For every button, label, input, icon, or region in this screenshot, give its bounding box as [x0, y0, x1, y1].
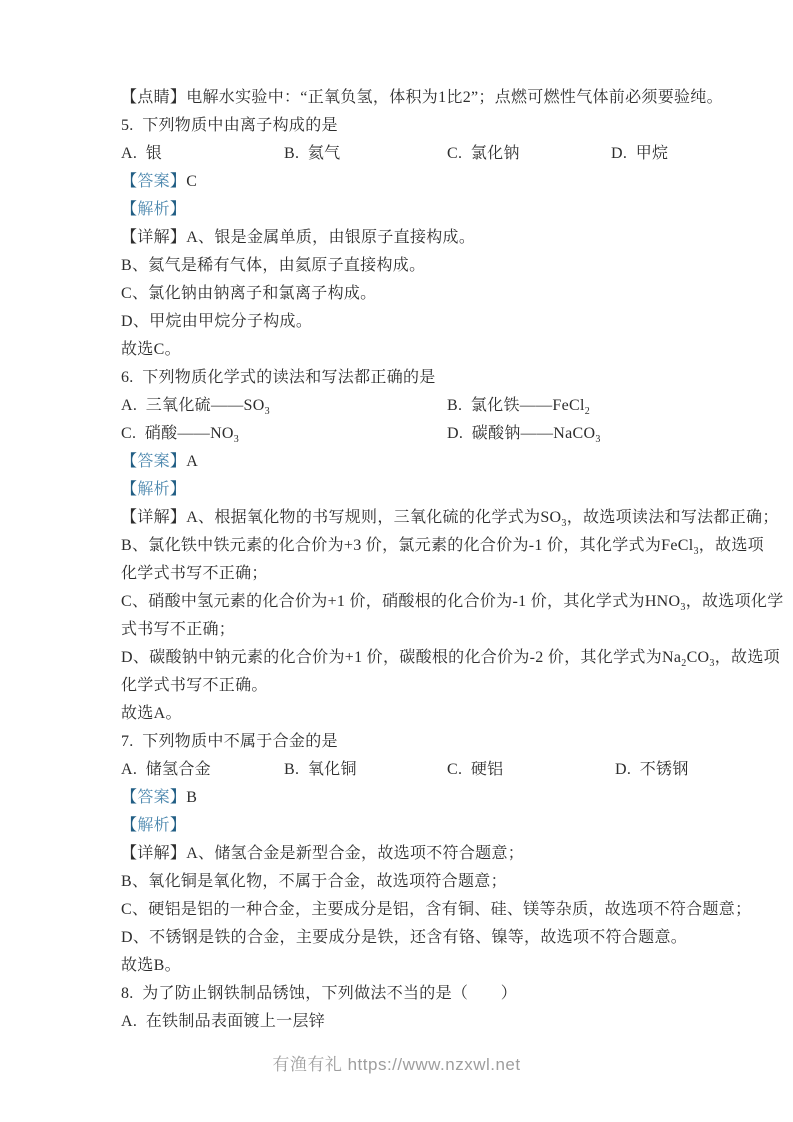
text-segment: 【详解】A、根据氧化物的书写规则，三氧化硫的化学式为SO: [121, 509, 561, 526]
text-segment: D、甲烷由甲烷分子构成。: [121, 313, 312, 330]
text-segment: C. 氯化钠: [447, 145, 520, 162]
section-label: 答案: [137, 173, 170, 190]
text-segment: A. 三氧化硫——SO: [121, 397, 265, 414]
option-q6-a: A. 三氧化硫——SO3: [121, 392, 447, 420]
option-q5-d: D. 甲烷: [611, 140, 668, 168]
option-q6-b: B. 氯化铁——FeCl2: [447, 392, 590, 420]
options-q5: A. 银B. 氦气C. 氯化钠D. 甲烷: [121, 140, 721, 168]
text-segment: A. 银: [121, 145, 162, 162]
explain-q6-d-1: D、碳酸钠中钠元素的化合价为+1 价，碳酸根的化合价为-2 价，其化学式为Na2…: [121, 644, 721, 672]
label-bracket: 【: [121, 789, 137, 806]
text-segment: C、氯化钠由钠离子和氯离子构成。: [121, 285, 376, 302]
option-q7-c: C. 硬铝: [447, 756, 615, 784]
text-segment: D. 不锈钢: [615, 761, 689, 778]
text-segment: C: [186, 173, 197, 190]
conclusion-q6: 故选A。: [121, 700, 721, 728]
options-q6-row1: A. 三氧化硫——SO3B. 氯化铁——FeCl2: [121, 392, 721, 420]
text-segment: 8. 为了防止钢铁制品锈蚀，下列做法不当的是（ ）: [121, 985, 517, 1002]
option-q7-b: B. 氧化铜: [284, 756, 447, 784]
section-label: 解析: [137, 201, 170, 218]
option-q5-a: A. 银: [121, 140, 284, 168]
answer-q6: 【答案】A: [121, 448, 721, 476]
option-q7-d: D. 不锈钢: [615, 756, 689, 784]
answer-q5: 【答案】C: [121, 168, 721, 196]
text-segment: D、不锈钢是铁的合金，主要成分是铁，还含有铬、镍等，故选项不符合题意。: [121, 929, 687, 946]
explain-q6-c-2: 式书写不正确；: [121, 616, 721, 644]
explain-q6-b-1: B、氯化铁中铁元素的化合价为+3 价，氯元素的化合价为-1 价，其化学式为FeC…: [121, 532, 721, 560]
explain-q5-d: D、甲烷由甲烷分子构成。: [121, 308, 721, 336]
text-segment: ，故选项读法和写法都正确；: [567, 509, 779, 526]
text-segment: 故选B。: [121, 957, 181, 974]
text-segment: 【点睛】电解水实验中：“正氧负氢，体积为1比2”；点燃可燃性气体前必须要验纯。: [121, 89, 723, 106]
text-segment: B、氧化铜是氧化物，不属于合金，故选项符合题意；: [121, 873, 507, 890]
label-bracket: 【: [121, 817, 137, 834]
option-q6-c: C. 硝酸——NO3: [121, 420, 447, 448]
text-segment: D. 碳酸钠——NaCO: [447, 425, 595, 442]
section-label: 答案: [137, 789, 170, 806]
text-segment: ，故选项: [699, 537, 764, 554]
explain-q5-a: 【详解】A、银是金属单质，由银原子直接构成。: [121, 224, 721, 252]
text-segment: 7. 下列物质中不属于合金的是: [121, 733, 338, 750]
text-segment: C. 硝酸——NO: [121, 425, 234, 442]
option-q5-c: C. 氯化钠: [447, 140, 611, 168]
option-q8-a: A. 在铁制品表面镀上一层锌: [121, 1008, 721, 1036]
options-q6-row2: C. 硝酸——NO3D. 碳酸钠——NaCO3: [121, 420, 721, 448]
text-segment: A. 在铁制品表面镀上一层锌: [121, 1013, 325, 1030]
options-q7: A. 储氢合金B. 氧化铜C. 硬铝D. 不锈钢: [121, 756, 721, 784]
formula-subscript: 3: [234, 434, 239, 445]
explain-q6-a: 【详解】A、根据氧化物的书写规则，三氧化硫的化学式为SO3，故选项读法和写法都正…: [121, 504, 721, 532]
text-segment: 式书写不正确；: [121, 621, 235, 638]
conclusion-q5: 故选C。: [121, 336, 721, 364]
explain-q6-d-2: 化学式书写不正确。: [121, 672, 721, 700]
label-bracket: 【: [121, 173, 137, 190]
answer-q7: 【答案】B: [121, 784, 721, 812]
text-segment: B、氯化铁中铁元素的化合价为+3 价，氯元素的化合价为-1 价，其化学式为FeC…: [121, 537, 693, 554]
label-bracket: 【: [121, 481, 137, 498]
text-segment: ，故选项化学: [686, 593, 784, 610]
analysis-q7: 【解析】: [121, 812, 721, 840]
explain-q7-a: 【详解】A、储氢合金是新型合金，故选项不符合题意；: [121, 840, 721, 868]
text-segment: 6. 下列物质化学式的读法和写法都正确的是: [121, 369, 436, 386]
explain-q5-c: C、氯化钠由钠离子和氯离子构成。: [121, 280, 721, 308]
text-segment: 化学式书写不正确；: [121, 565, 268, 582]
text-segment: ，故选项: [715, 649, 780, 666]
question-5: 5. 下列物质中由离子构成的是: [121, 112, 721, 140]
explain-q6-c-1: C、硝酸中氢元素的化合价为+1 价，硝酸根的化合价为-1 价，其化学式为HNO3…: [121, 588, 721, 616]
analysis-q6: 【解析】: [121, 476, 721, 504]
label-bracket: 】: [170, 789, 186, 806]
section-label: 答案: [137, 453, 170, 470]
text-segment: CO: [687, 649, 710, 666]
label-bracket: 】: [170, 201, 186, 218]
formula-subscript: 3: [265, 406, 270, 417]
label-bracket: 】: [170, 453, 186, 470]
question-8: 8. 为了防止钢铁制品锈蚀，下列做法不当的是（ ）: [121, 980, 721, 1008]
text-segment: 【详解】A、银是金属单质，由银原子直接构成。: [121, 229, 475, 246]
text-segment: D. 甲烷: [611, 145, 668, 162]
label-bracket: 】: [170, 481, 186, 498]
label-bracket: 【: [121, 201, 137, 218]
text-segment: B. 氧化铜: [284, 761, 357, 778]
explain-q7-d: D、不锈钢是铁的合金，主要成分是铁，还含有铬、镍等，故选项不符合题意。: [121, 924, 721, 952]
text-segment: C、硝酸中氢元素的化合价为+1 价，硝酸根的化合价为-1 价，其化学式为HNO: [121, 593, 680, 610]
text-segment: B. 氦气: [284, 145, 340, 162]
explain-q6-b-2: 化学式书写不正确；: [121, 560, 721, 588]
section-label: 解析: [137, 817, 170, 834]
text-segment: A. 储氢合金: [121, 761, 211, 778]
explain-q5-b: B、氦气是稀有气体，由氦原子直接构成。: [121, 252, 721, 280]
formula-subscript: 2: [585, 406, 590, 417]
option-q7-a: A. 储氢合金: [121, 756, 284, 784]
explain-q7-c: C、硬铝是铝的一种合金，主要成分是铝，含有铜、硅、镁等杂质，故选项不符合题意；: [121, 896, 721, 924]
text-segment: B、氦气是稀有气体，由氦原子直接构成。: [121, 257, 425, 274]
text-segment: D、碳酸钠中钠元素的化合价为+1 价，碳酸根的化合价为-2 价，其化学式为Na: [121, 649, 681, 666]
text-segment: A: [186, 453, 198, 470]
text-segment: 化学式书写不正确。: [121, 677, 268, 694]
text-segment: C、硬铝是铝的一种合金，主要成分是铝，含有铜、硅、镁等杂质，故选项不符合题意；: [121, 901, 751, 918]
text-segment: 故选A。: [121, 705, 182, 722]
formula-subscript: 3: [595, 434, 600, 445]
text-segment: B: [186, 789, 197, 806]
text-segment: B. 氯化铁——FeCl: [447, 397, 585, 414]
text-segment: C. 硬铝: [447, 761, 503, 778]
text-segment: 故选C。: [121, 341, 181, 358]
text-segment: 【详解】A、储氢合金是新型合金，故选项不符合题意；: [121, 845, 524, 862]
question-7: 7. 下列物质中不属于合金的是: [121, 728, 721, 756]
note-dianjing: 【点睛】电解水实验中：“正氧负氢，体积为1比2”；点燃可燃性气体前必须要验纯。: [121, 84, 721, 112]
option-q6-d: D. 碳酸钠——NaCO3: [447, 420, 601, 448]
label-bracket: 】: [170, 173, 186, 190]
conclusion-q7: 故选B。: [121, 952, 721, 980]
document-body: 【点睛】电解水实验中：“正氧负氢，体积为1比2”；点燃可燃性气体前必须要验纯。5…: [121, 84, 721, 1036]
exam-answer-page: 【点睛】电解水实验中：“正氧负氢，体积为1比2”；点燃可燃性气体前必须要验纯。5…: [0, 0, 793, 1122]
explain-q7-b: B、氧化铜是氧化物，不属于合金，故选项符合题意；: [121, 868, 721, 896]
footer-text: 有渔有礼 https://www.nzxwl.net: [272, 1055, 520, 1074]
text-segment: 5. 下列物质中由离子构成的是: [121, 117, 338, 134]
question-6: 6. 下列物质化学式的读法和写法都正确的是: [121, 364, 721, 392]
option-q5-b: B. 氦气: [284, 140, 447, 168]
section-label: 解析: [137, 481, 170, 498]
analysis-q5: 【解析】: [121, 196, 721, 224]
footer-watermark: 有渔有礼 https://www.nzxwl.net: [0, 1050, 793, 1075]
label-bracket: 】: [170, 817, 186, 834]
label-bracket: 【: [121, 453, 137, 470]
